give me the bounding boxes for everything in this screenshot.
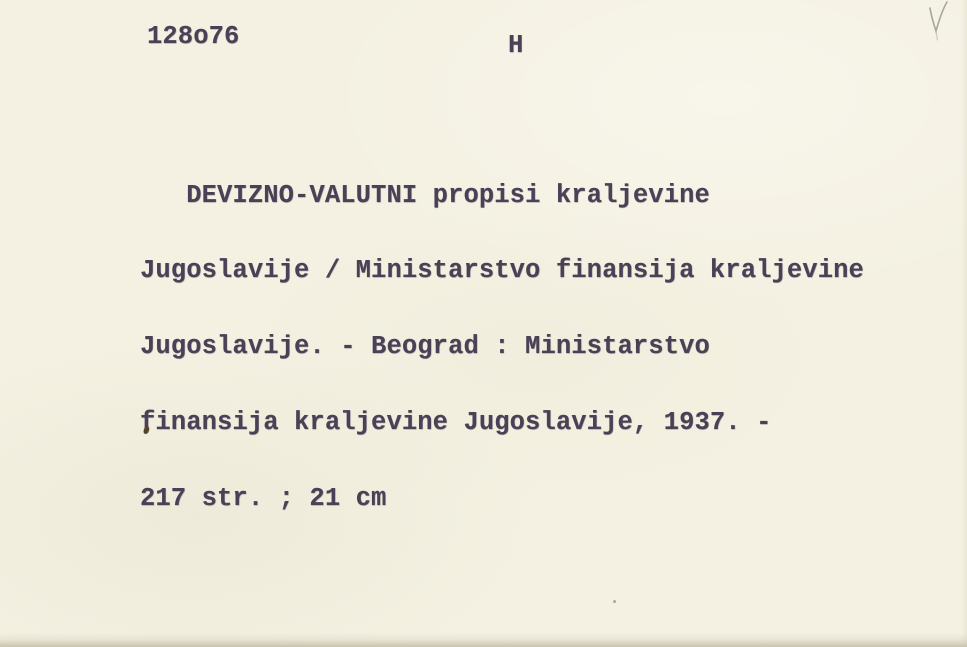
heading-letter: H xyxy=(508,31,523,60)
dust-speck xyxy=(613,600,616,603)
entry-line-title: DEVIZNO-VALUTNI propisi kraljevine xyxy=(140,183,864,208)
entry-line-publisher-year: finansija kraljevine Jugoslavije, 1937. … xyxy=(140,410,864,435)
entry-line-collation: 217 str. ; 21 cm xyxy=(140,486,864,511)
catalog-entry: DEVIZNO-VALUTNI propisi kraljevine Jugos… xyxy=(140,132,864,562)
pencil-checkmark-icon xyxy=(918,0,964,48)
call-number: 128o76 xyxy=(147,22,239,51)
card-right-edge-shade xyxy=(961,0,967,647)
entry-line-imprint: Jugoslavije. - Beograd : Ministarstvo xyxy=(140,334,864,359)
card-bottom-edge-shadow xyxy=(0,633,967,647)
entry-line-statement: Jugoslavije / Ministarstvo finansija kra… xyxy=(140,258,864,283)
library-catalog-card: 128o76 H DEVIZNO-VALUTNI propisi kraljev… xyxy=(0,0,967,647)
